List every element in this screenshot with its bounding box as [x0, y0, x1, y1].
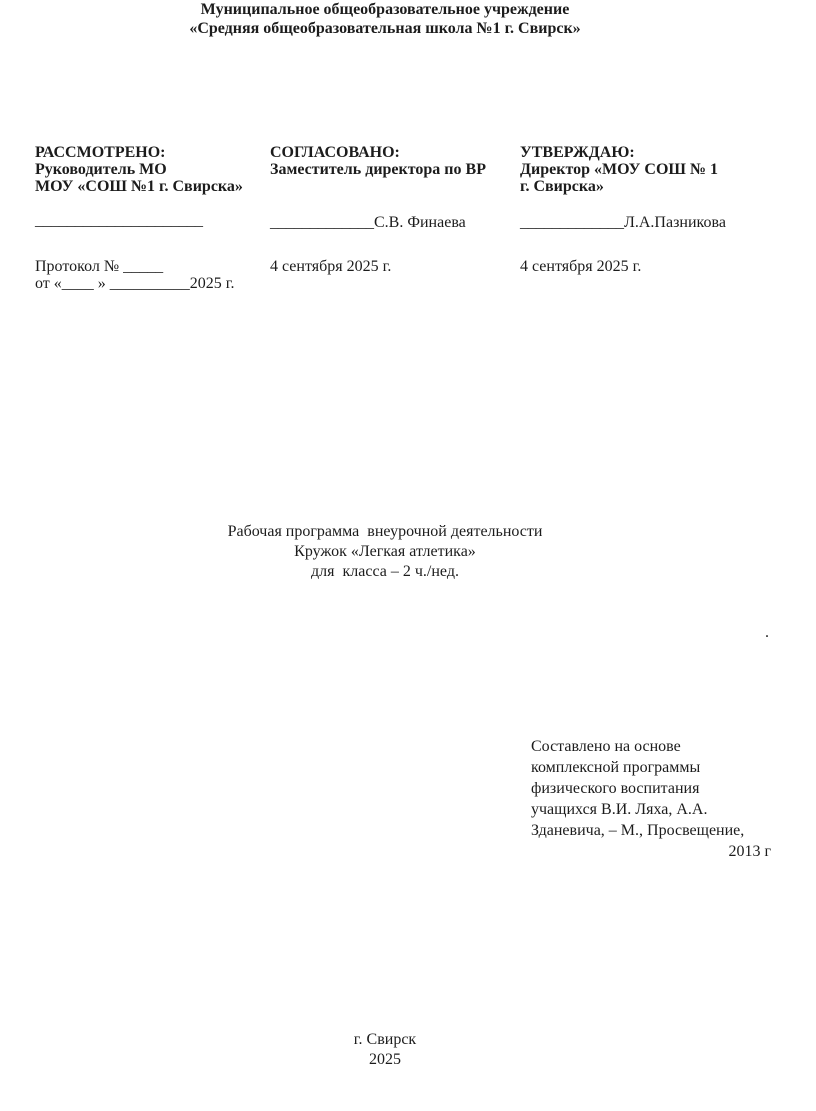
basis-line-2: комплексной программы: [531, 757, 771, 778]
approval-reviewed-block: РАССМОТРЕНО: Руководитель МО МОУ «СОШ №1…: [35, 144, 270, 292]
approved-role-line2: г. Свирска»: [520, 178, 805, 195]
footer-city: г. Свирск: [0, 1030, 770, 1050]
reviewed-organization: МОУ «СОШ №1 г. Свирска»: [35, 178, 270, 195]
approved-role-line1: Директор «МОУ СОШ № 1: [520, 161, 805, 178]
approved-signature-line: _____________Л.А.Пазникова: [520, 214, 805, 231]
program-title-line2: Кружок «Легкая атлетика»: [0, 542, 770, 562]
reviewed-date-line: от «____ » __________2025 г.: [35, 275, 270, 292]
organization-name-line2: «Средняя общеобразовательная школа №1 г.…: [0, 19, 770, 38]
organization-name-line1: Муниципальное общеобразовательное учрежд…: [0, 0, 770, 19]
footer-year: 2025: [0, 1050, 770, 1070]
reviewed-role: Руководитель МО: [35, 161, 270, 178]
basis-block: Составлено на основе комплексной програм…: [531, 736, 771, 862]
basis-line-1: Составлено на основе: [531, 736, 771, 757]
program-title-line3: для класса – 2 ч./нед.: [0, 562, 770, 582]
approved-heading: УТВЕРЖДАЮ:: [520, 144, 805, 161]
basis-line-5: Зданевича, – М., Просвещение,: [531, 820, 771, 841]
program-title-line1: Рабочая программа внеурочной деятельност…: [0, 522, 770, 542]
reviewed-signature-line: _____________________: [35, 212, 270, 229]
reviewed-heading: РАССМОТРЕНО:: [35, 144, 270, 161]
agreed-date-line: 4 сентября 2025 г.: [270, 258, 520, 275]
agreed-role: Заместитель директора по ВР: [270, 161, 520, 178]
agreed-signature-line: _____________С.В. Финаева: [270, 214, 520, 231]
approved-date-line: 4 сентября 2025 г.: [520, 258, 805, 275]
footer-block: г. Свирск 2025: [0, 1030, 770, 1070]
document-header: Муниципальное общеобразовательное учрежд…: [0, 0, 770, 38]
stray-period: .: [735, 624, 769, 641]
program-title-block: Рабочая программа внеурочной деятельност…: [0, 522, 770, 582]
reviewed-protocol-line: Протокол № _____: [35, 258, 270, 275]
basis-year-line: 2013 г: [531, 841, 771, 862]
agreed-heading: СОГЛАСОВАНО:: [270, 144, 520, 161]
approval-agreed-block: СОГЛАСОВАНО: Заместитель директора по ВР…: [270, 144, 520, 275]
approval-approved-block: УТВЕРЖДАЮ: Директор «МОУ СОШ № 1 г. Свир…: [520, 144, 805, 275]
basis-line-3: физического воспитания: [531, 778, 771, 799]
basis-line-4: учащихся В.И. Ляха, А.А.: [531, 799, 771, 820]
document-page: Муниципальное общеобразовательное учрежд…: [0, 0, 816, 1111]
